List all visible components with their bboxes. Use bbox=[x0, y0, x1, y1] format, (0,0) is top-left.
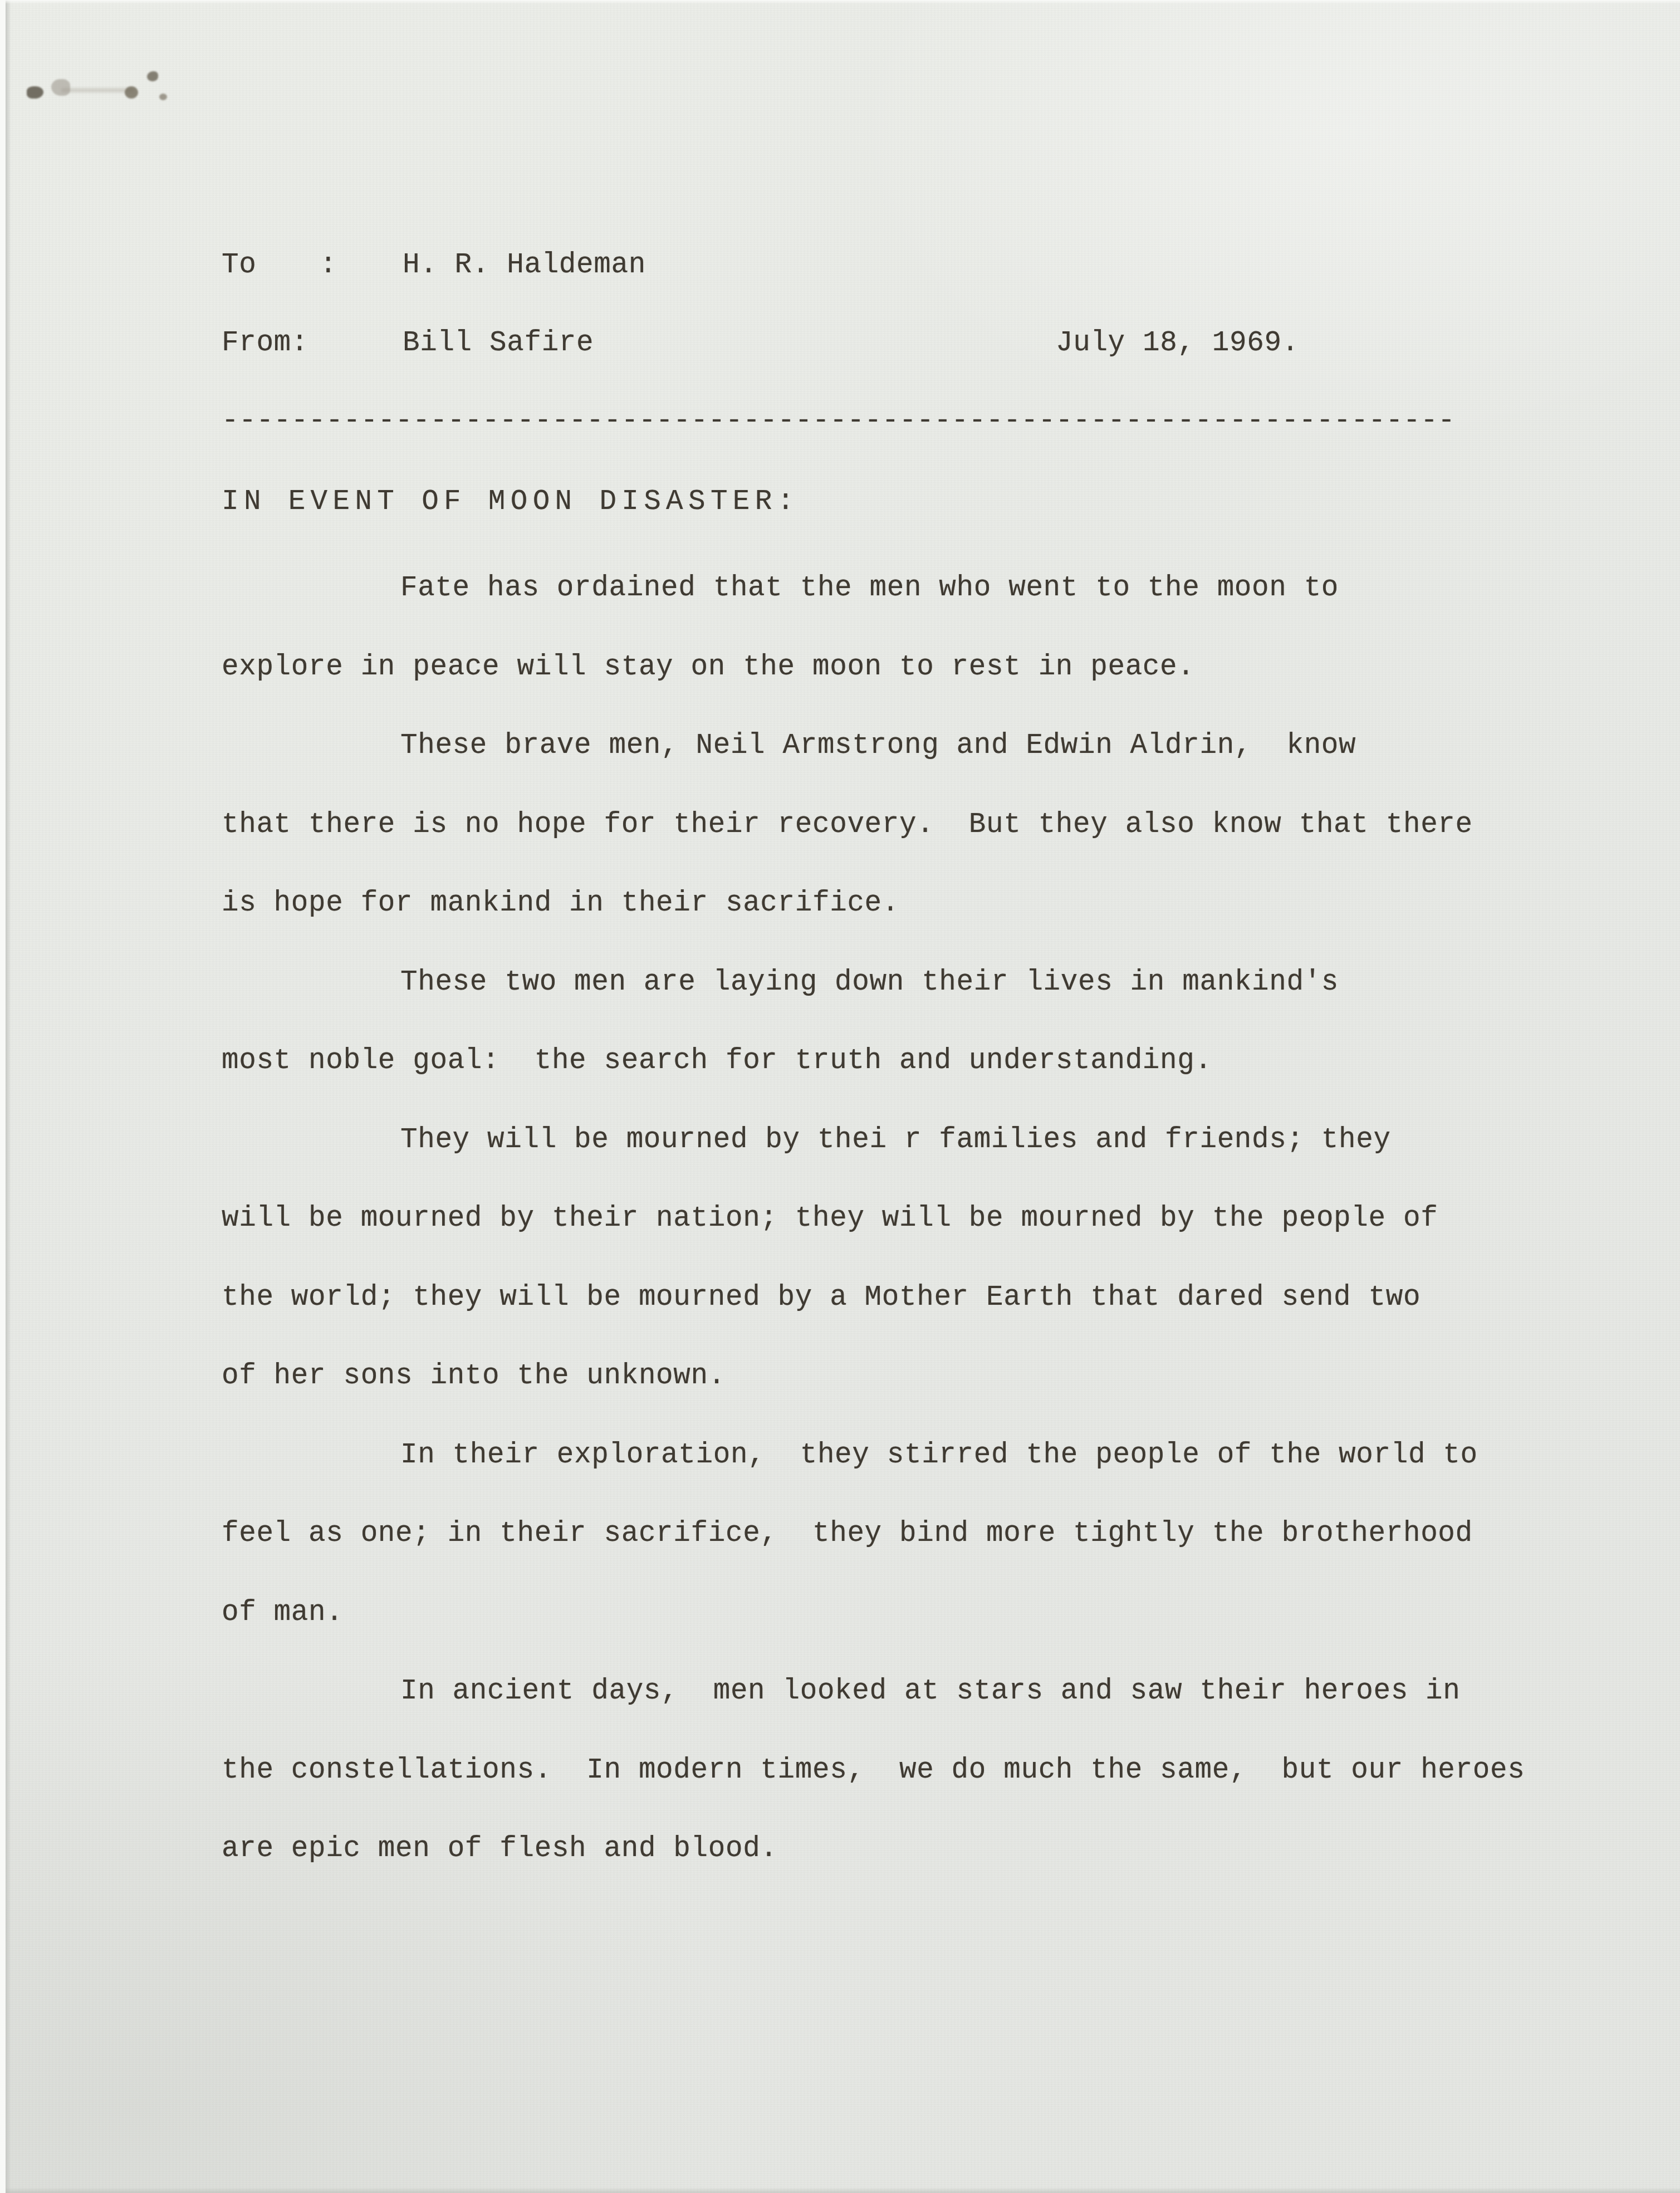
ink-spot bbox=[51, 79, 70, 96]
memo-body-line: explore in peace will stay on the moon t… bbox=[222, 628, 1525, 707]
memo-body-line: Fate has ordained that the men who went … bbox=[222, 549, 1525, 628]
memo-body-line: In ancient days, men looked at stars and… bbox=[222, 1652, 1525, 1731]
memo-body-line: that there is no hope for their recovery… bbox=[222, 786, 1525, 865]
memo-body-text: Fate has ordained that the men who went … bbox=[222, 549, 1525, 1889]
paper-left-edge bbox=[0, 0, 6, 2193]
ink-smudge bbox=[61, 88, 134, 92]
memo-body-line: will be mourned by their nation; they wi… bbox=[222, 1179, 1525, 1259]
memo-body-line: of man. bbox=[222, 1574, 1525, 1653]
memo-body-line: of her sons into the unknown. bbox=[222, 1337, 1525, 1416]
ink-spot bbox=[27, 86, 43, 99]
ink-spot bbox=[147, 71, 158, 81]
memo-from-sender: Bill Safire bbox=[403, 304, 594, 383]
memo-to-label: To bbox=[222, 226, 256, 305]
memo-body-line: the constellations. In modern times, we … bbox=[222, 1731, 1525, 1810]
memo-body-line: the world; they will be mourned by a Mot… bbox=[222, 1259, 1525, 1338]
dashed-divider-line: ----------------------------------------… bbox=[222, 382, 1456, 461]
memo-body-line: They will be mourned by thei r families … bbox=[222, 1101, 1525, 1180]
ink-spot bbox=[159, 94, 167, 100]
memo-body-line: most noble goal: the search for truth an… bbox=[222, 1022, 1525, 1101]
memo-body-line: These two men are laying down their live… bbox=[222, 943, 1525, 1022]
memo-date: July 18, 1969. bbox=[1056, 304, 1299, 383]
memo-to-recipient: H. R. Haldeman bbox=[403, 226, 646, 305]
memo-scanned-page: To : H. R. Haldeman From: Bill Safire Ju… bbox=[0, 0, 1680, 2193]
memo-body-line: are epic men of flesh and blood. bbox=[222, 1810, 1525, 1889]
paper-bottom-edge bbox=[6, 2187, 1680, 2193]
paper-top-edge bbox=[6, 0, 1680, 4]
memo-body-line: is hope for mankind in their sacrifice. bbox=[222, 864, 1525, 943]
memo-from-label: From: bbox=[222, 304, 308, 383]
memo-body-line: These brave men, Neil Armstrong and Edwi… bbox=[222, 707, 1525, 786]
ink-spot bbox=[125, 86, 138, 99]
memo-to-colon: : bbox=[320, 226, 337, 305]
memo-body-line: feel as one; in their sacrifice, they bi… bbox=[222, 1495, 1525, 1574]
memo-body-line: In their exploration, they stirred the p… bbox=[222, 1416, 1525, 1495]
memo-subject-title: IN EVENT OF MOON DISASTER: bbox=[222, 463, 800, 542]
paper-left-edge-shadow bbox=[6, 0, 11, 2193]
